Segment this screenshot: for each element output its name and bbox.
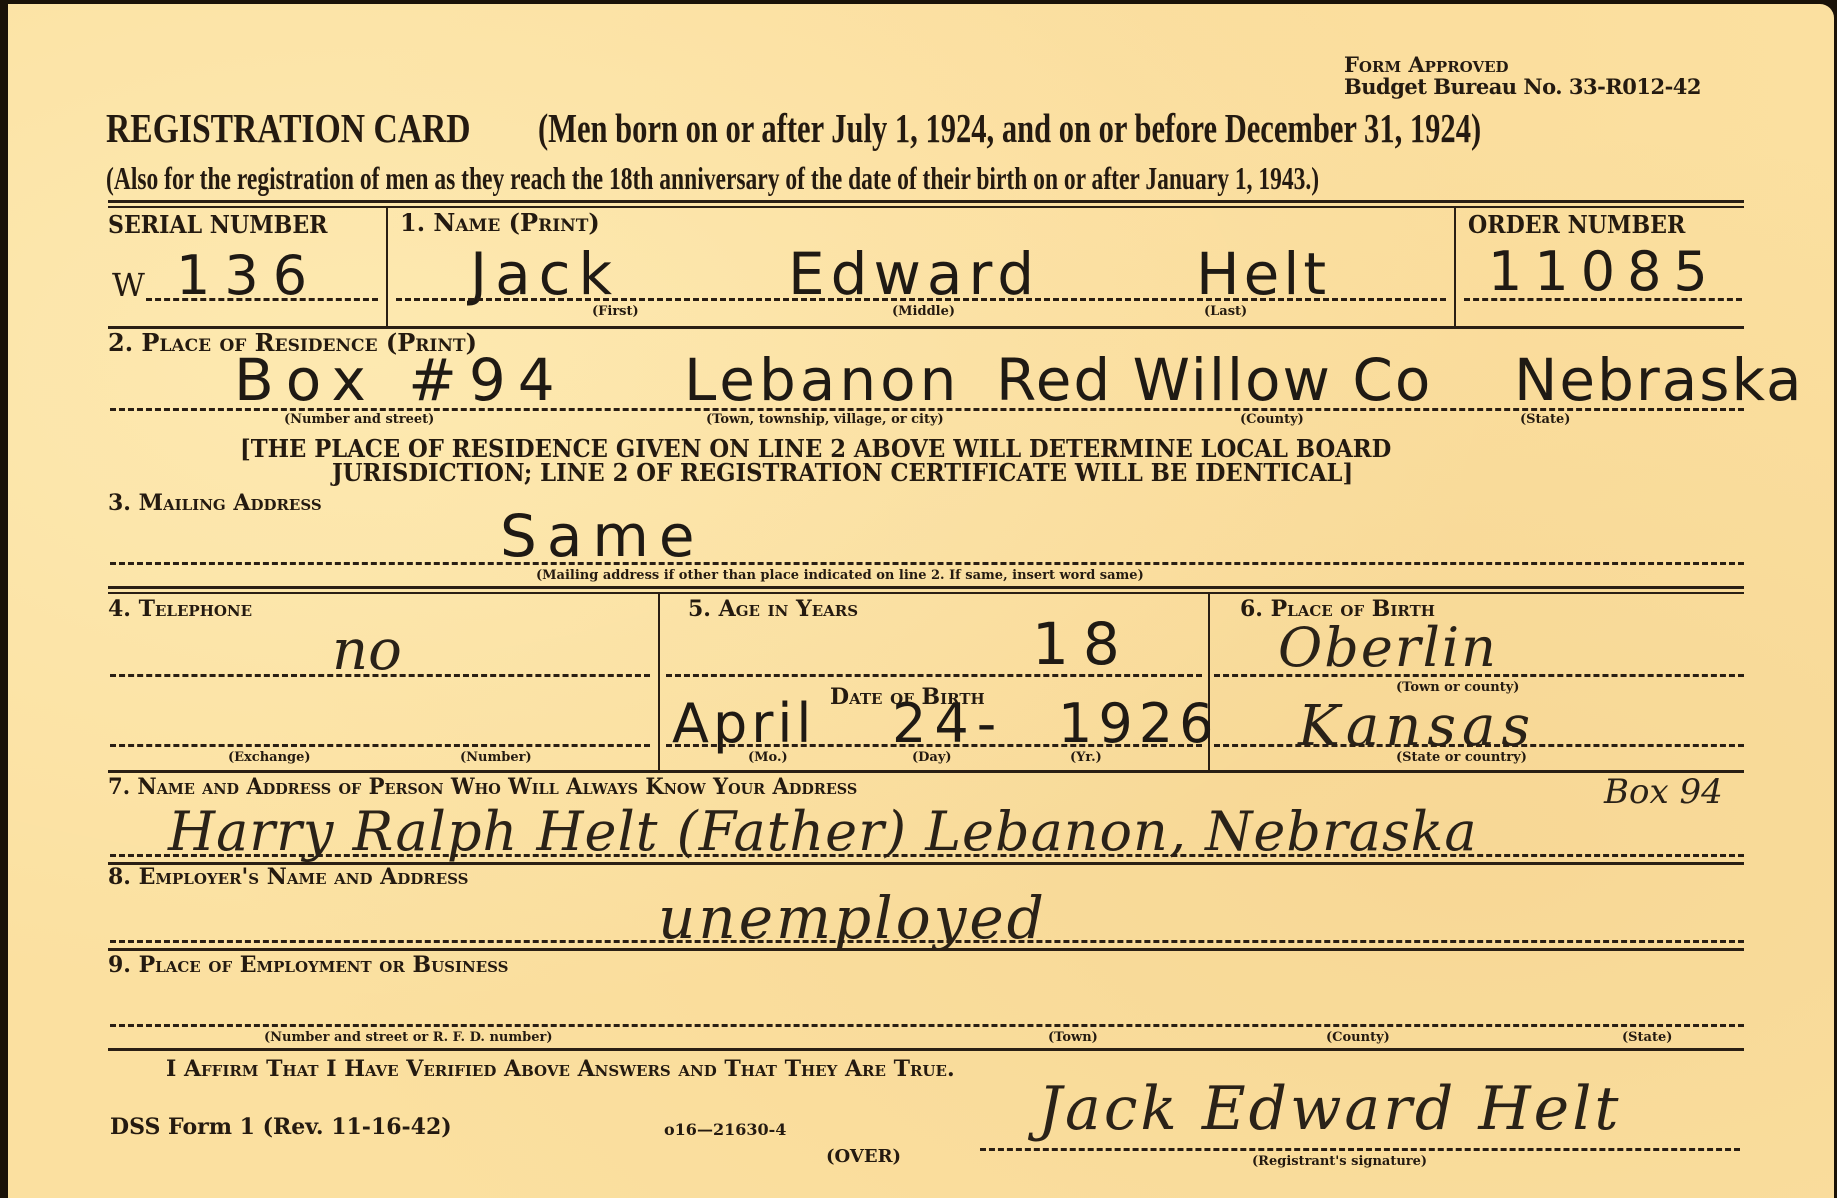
registration-card: Form Approved Budget Bureau No. 33-R012-… — [8, 4, 1834, 1198]
signature-line — [980, 1148, 1740, 1151]
divider — [386, 208, 388, 326]
name-line — [396, 298, 1446, 301]
dob-line — [666, 744, 1202, 747]
residence-line — [110, 408, 1744, 411]
contact-box-note: Box 94 — [1604, 772, 1723, 812]
divider — [108, 206, 1744, 208]
telephone-line-2 — [110, 744, 650, 747]
signature-caption: (Registrant's signature) — [1252, 1154, 1427, 1169]
month-caption: (Mo.) — [748, 750, 788, 765]
print-code: o16—21630-4 — [664, 1120, 786, 1139]
card-subtitle: (Also for the registration of men as the… — [106, 160, 1319, 197]
telephone-label: 4. Telephone — [108, 596, 252, 622]
employment-street-caption: (Number and street or R. F. D. number) — [264, 1030, 552, 1045]
order-number-value: 11085 — [1488, 240, 1720, 303]
name-label: 1. Name (Print) — [400, 208, 600, 237]
divider — [1454, 208, 1456, 326]
age-label: 5. Age in Years — [688, 596, 858, 622]
affirmation-text: I Affirm That I Have Verified Above Answ… — [166, 1056, 955, 1082]
residence-state-value: Nebraska — [1514, 346, 1804, 414]
divider — [108, 1048, 1744, 1051]
residence-county-caption: (County) — [1240, 412, 1304, 427]
age-line — [666, 674, 1202, 677]
residence-street-value: Box #94 — [234, 346, 567, 414]
budget-bureau-number: Budget Bureau No. 33-R012-42 — [1344, 74, 1701, 99]
employment-county-caption: (County) — [1326, 1030, 1390, 1045]
mailing-address-value: Same — [500, 502, 705, 570]
birth-town-value: Oberlin — [1278, 616, 1498, 679]
birth-state-line — [1214, 744, 1744, 747]
divider — [658, 594, 660, 770]
divider — [108, 948, 1744, 951]
telephone-line — [110, 674, 650, 677]
birth-state-caption: (State or country) — [1396, 750, 1527, 765]
employer-label: 8. Employer's Name and Address — [108, 864, 469, 890]
employer-line — [110, 940, 1744, 943]
order-number-label: ORDER NUMBER — [1468, 210, 1685, 239]
day-caption: (Day) — [912, 750, 952, 765]
employment-place-label: 9. Place of Employment or Business — [108, 952, 509, 978]
birth-town-line — [1214, 674, 1744, 677]
number-caption: (Number) — [460, 750, 532, 765]
residence-state-caption: (State) — [1520, 412, 1570, 427]
divider — [108, 770, 1744, 773]
serial-line — [146, 298, 378, 301]
jurisdiction-notice-line2: JURISDICTION; LINE 2 OF REGISTRATION CER… — [332, 458, 1353, 487]
mailing-address-label: 3. Mailing Address — [108, 490, 322, 516]
divider — [108, 592, 1744, 594]
residence-town-caption: (Town, township, village, or city) — [706, 412, 944, 427]
order-line — [1464, 298, 1742, 301]
residence-town-value: Lebanon — [684, 346, 960, 414]
form-id: DSS Form 1 (Rev. 11-16-42) — [110, 1114, 452, 1140]
card-title: REGISTRATION CARD — [106, 104, 471, 152]
residence-county-value: Red Willow Co — [996, 346, 1432, 414]
contact-line — [110, 854, 1744, 857]
first-name-caption: (First) — [592, 304, 639, 319]
card-title-qualifier: (Men born on or after July 1, 1924, and … — [538, 104, 1481, 152]
serial-prefix: W — [112, 266, 145, 304]
age-value: 18 — [1032, 610, 1134, 678]
over-indicator: (OVER) — [826, 1146, 901, 1167]
employment-place-line — [110, 1024, 1744, 1027]
mailing-address-caption: (Mailing address if other than place ind… — [536, 568, 1144, 583]
last-name-caption: (Last) — [1204, 304, 1247, 319]
employment-town-caption: (Town) — [1048, 1030, 1098, 1045]
year-caption: (Yr.) — [1070, 750, 1102, 765]
form-approved-label: Form Approved — [1344, 54, 1509, 75]
employment-state-caption: (State) — [1622, 1030, 1672, 1045]
registrant-signature: Jack Edward Helt — [1038, 1074, 1622, 1144]
exchange-caption: (Exchange) — [228, 750, 311, 765]
birth-town-caption: (Town or county) — [1396, 680, 1519, 695]
middle-name-caption: (Middle) — [892, 304, 955, 319]
mailing-line — [110, 562, 1744, 565]
serial-number-label: SERIAL NUMBER — [108, 210, 328, 239]
divider — [108, 586, 1744, 589]
contact-label: 7. Name and Address of Person Who Will A… — [108, 774, 857, 800]
residence-street-caption: (Number and street) — [284, 412, 434, 427]
divider — [108, 200, 1744, 203]
